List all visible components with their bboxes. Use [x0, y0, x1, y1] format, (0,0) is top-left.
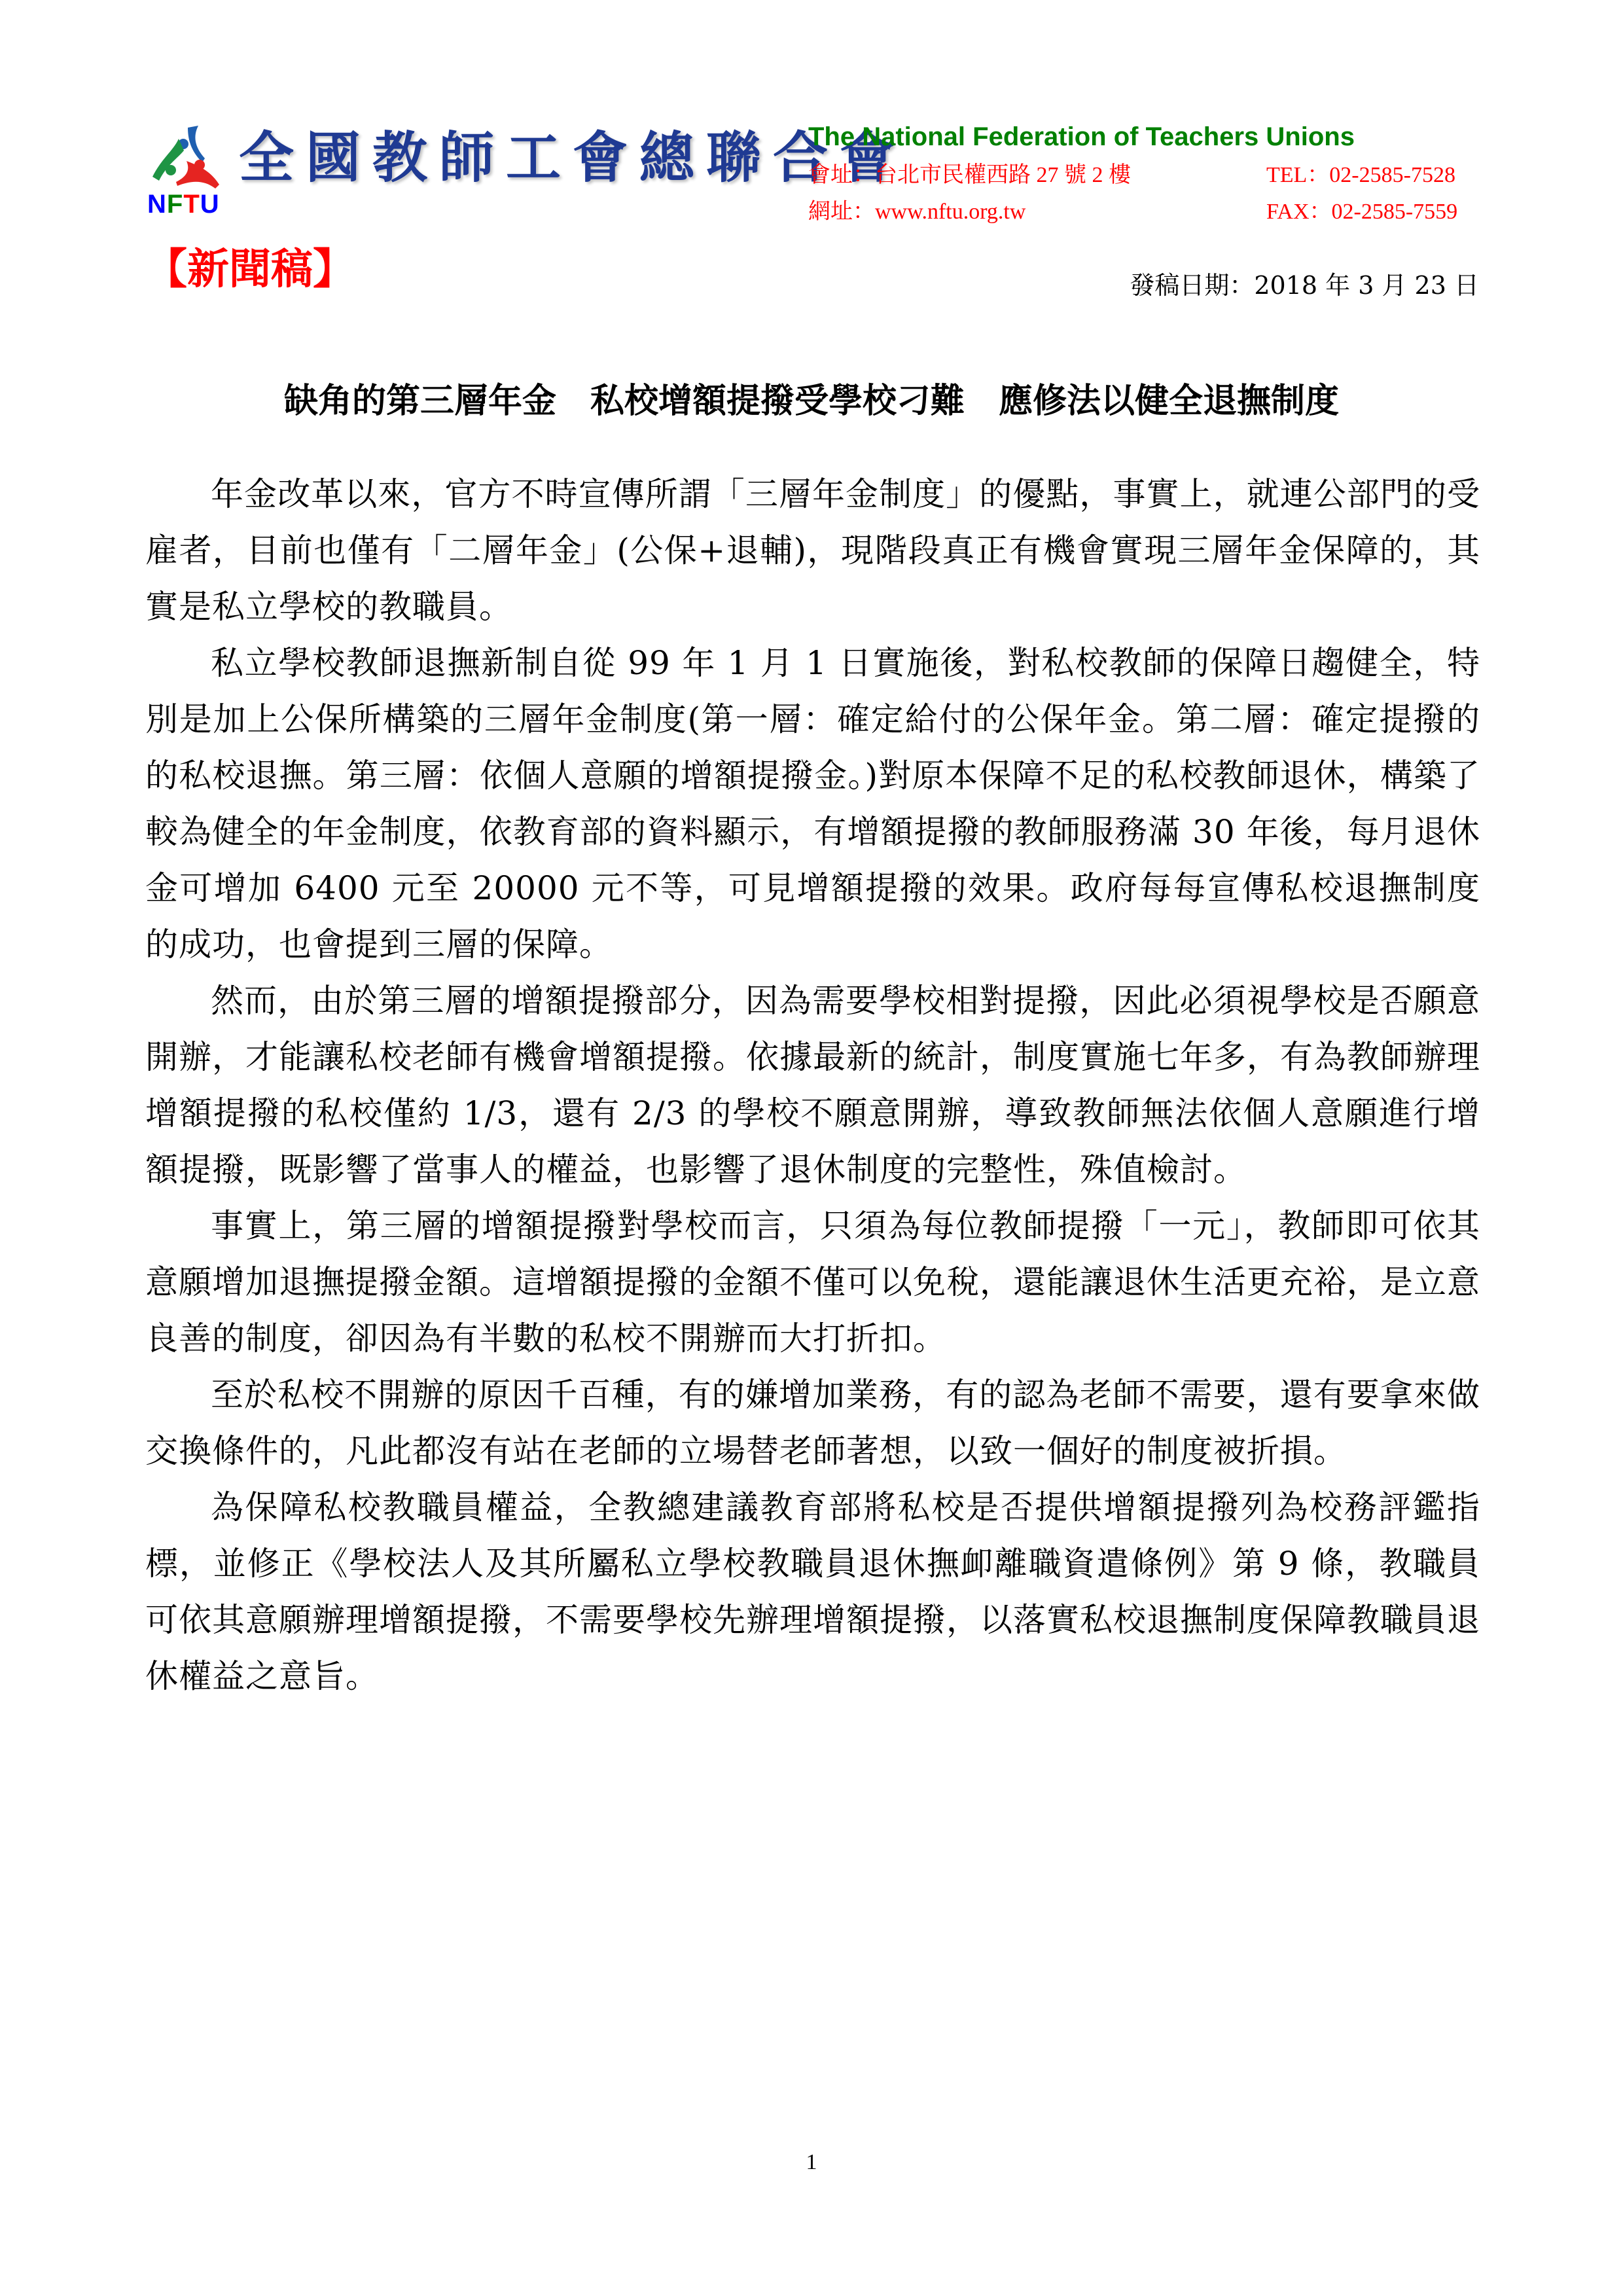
release-date: 發稿日期：2018 年 3 月 23 日 — [1130, 265, 1479, 301]
paragraph: 為保障私校教職員權益，全教總建議教育部將私校是否提供增額提撥列為校務評鑑指標，並… — [145, 1479, 1480, 1704]
paragraph: 年金改革以來，官方不時宣傳所謂「三層年金制度」的優點，事實上，就連公部門的受雇者… — [145, 466, 1480, 635]
nftu-logo-icon — [147, 124, 226, 193]
contact-row-address: 會址：台北市民權西路 27 號 2 樓 TEL：02-2585-7528 — [808, 152, 1482, 189]
address: 會址：台北市民權西路 27 號 2 樓 — [808, 156, 1131, 188]
telephone: TEL：02-2585-7528 — [1266, 156, 1455, 188]
paragraph: 然而，由於第三層的增額提撥部分，因為需要學校相對提撥，因此必須視學校是否願意開辦… — [145, 973, 1480, 1198]
org-name-chinese: 全國教師工會總聯合會 — [239, 128, 906, 188]
fax: FAX：02-2585-7559 — [1266, 193, 1457, 225]
paragraph: 私立學校教師退撫新制自從 99 年 1 月 1 日實施後，對私校教師的保障日趨健… — [145, 635, 1480, 973]
org-name-english: The National Federation of Teachers Unio… — [808, 121, 1482, 152]
press-release-label: 【新聞稿】 — [145, 249, 355, 291]
contact-block: The National Federation of Teachers Unio… — [808, 121, 1482, 226]
website-link[interactable]: 網址：www.nftu.org.tw — [808, 193, 1026, 225]
letterhead: NFTU 全國教師工會總聯合會 The National Federation … — [141, 115, 1482, 226]
page-number: 1 — [0, 2150, 1623, 2175]
paragraph: 至於私校不開辦的原因千百種，有的嫌增加業務，有的認為老師不需要，還有要拿來做交換… — [145, 1367, 1480, 1479]
headline: 缺角的第三層年金 私校增額提撥受學校刁難 應修法以健全退撫制度 — [131, 373, 1492, 422]
logo-acronym: NFTU — [147, 191, 220, 217]
article-body: 年金改革以來，官方不時宣傳所謂「三層年金制度」的優點，事實上，就連公部門的受雇者… — [145, 466, 1480, 1704]
paragraph: 事實上，第三層的增額提撥對學校而言，只須為每位教師提撥「一元」，教師即可依其意願… — [145, 1198, 1480, 1367]
contact-row-web: 網址：www.nftu.org.tw FAX：02-2585-7559 — [808, 189, 1482, 226]
